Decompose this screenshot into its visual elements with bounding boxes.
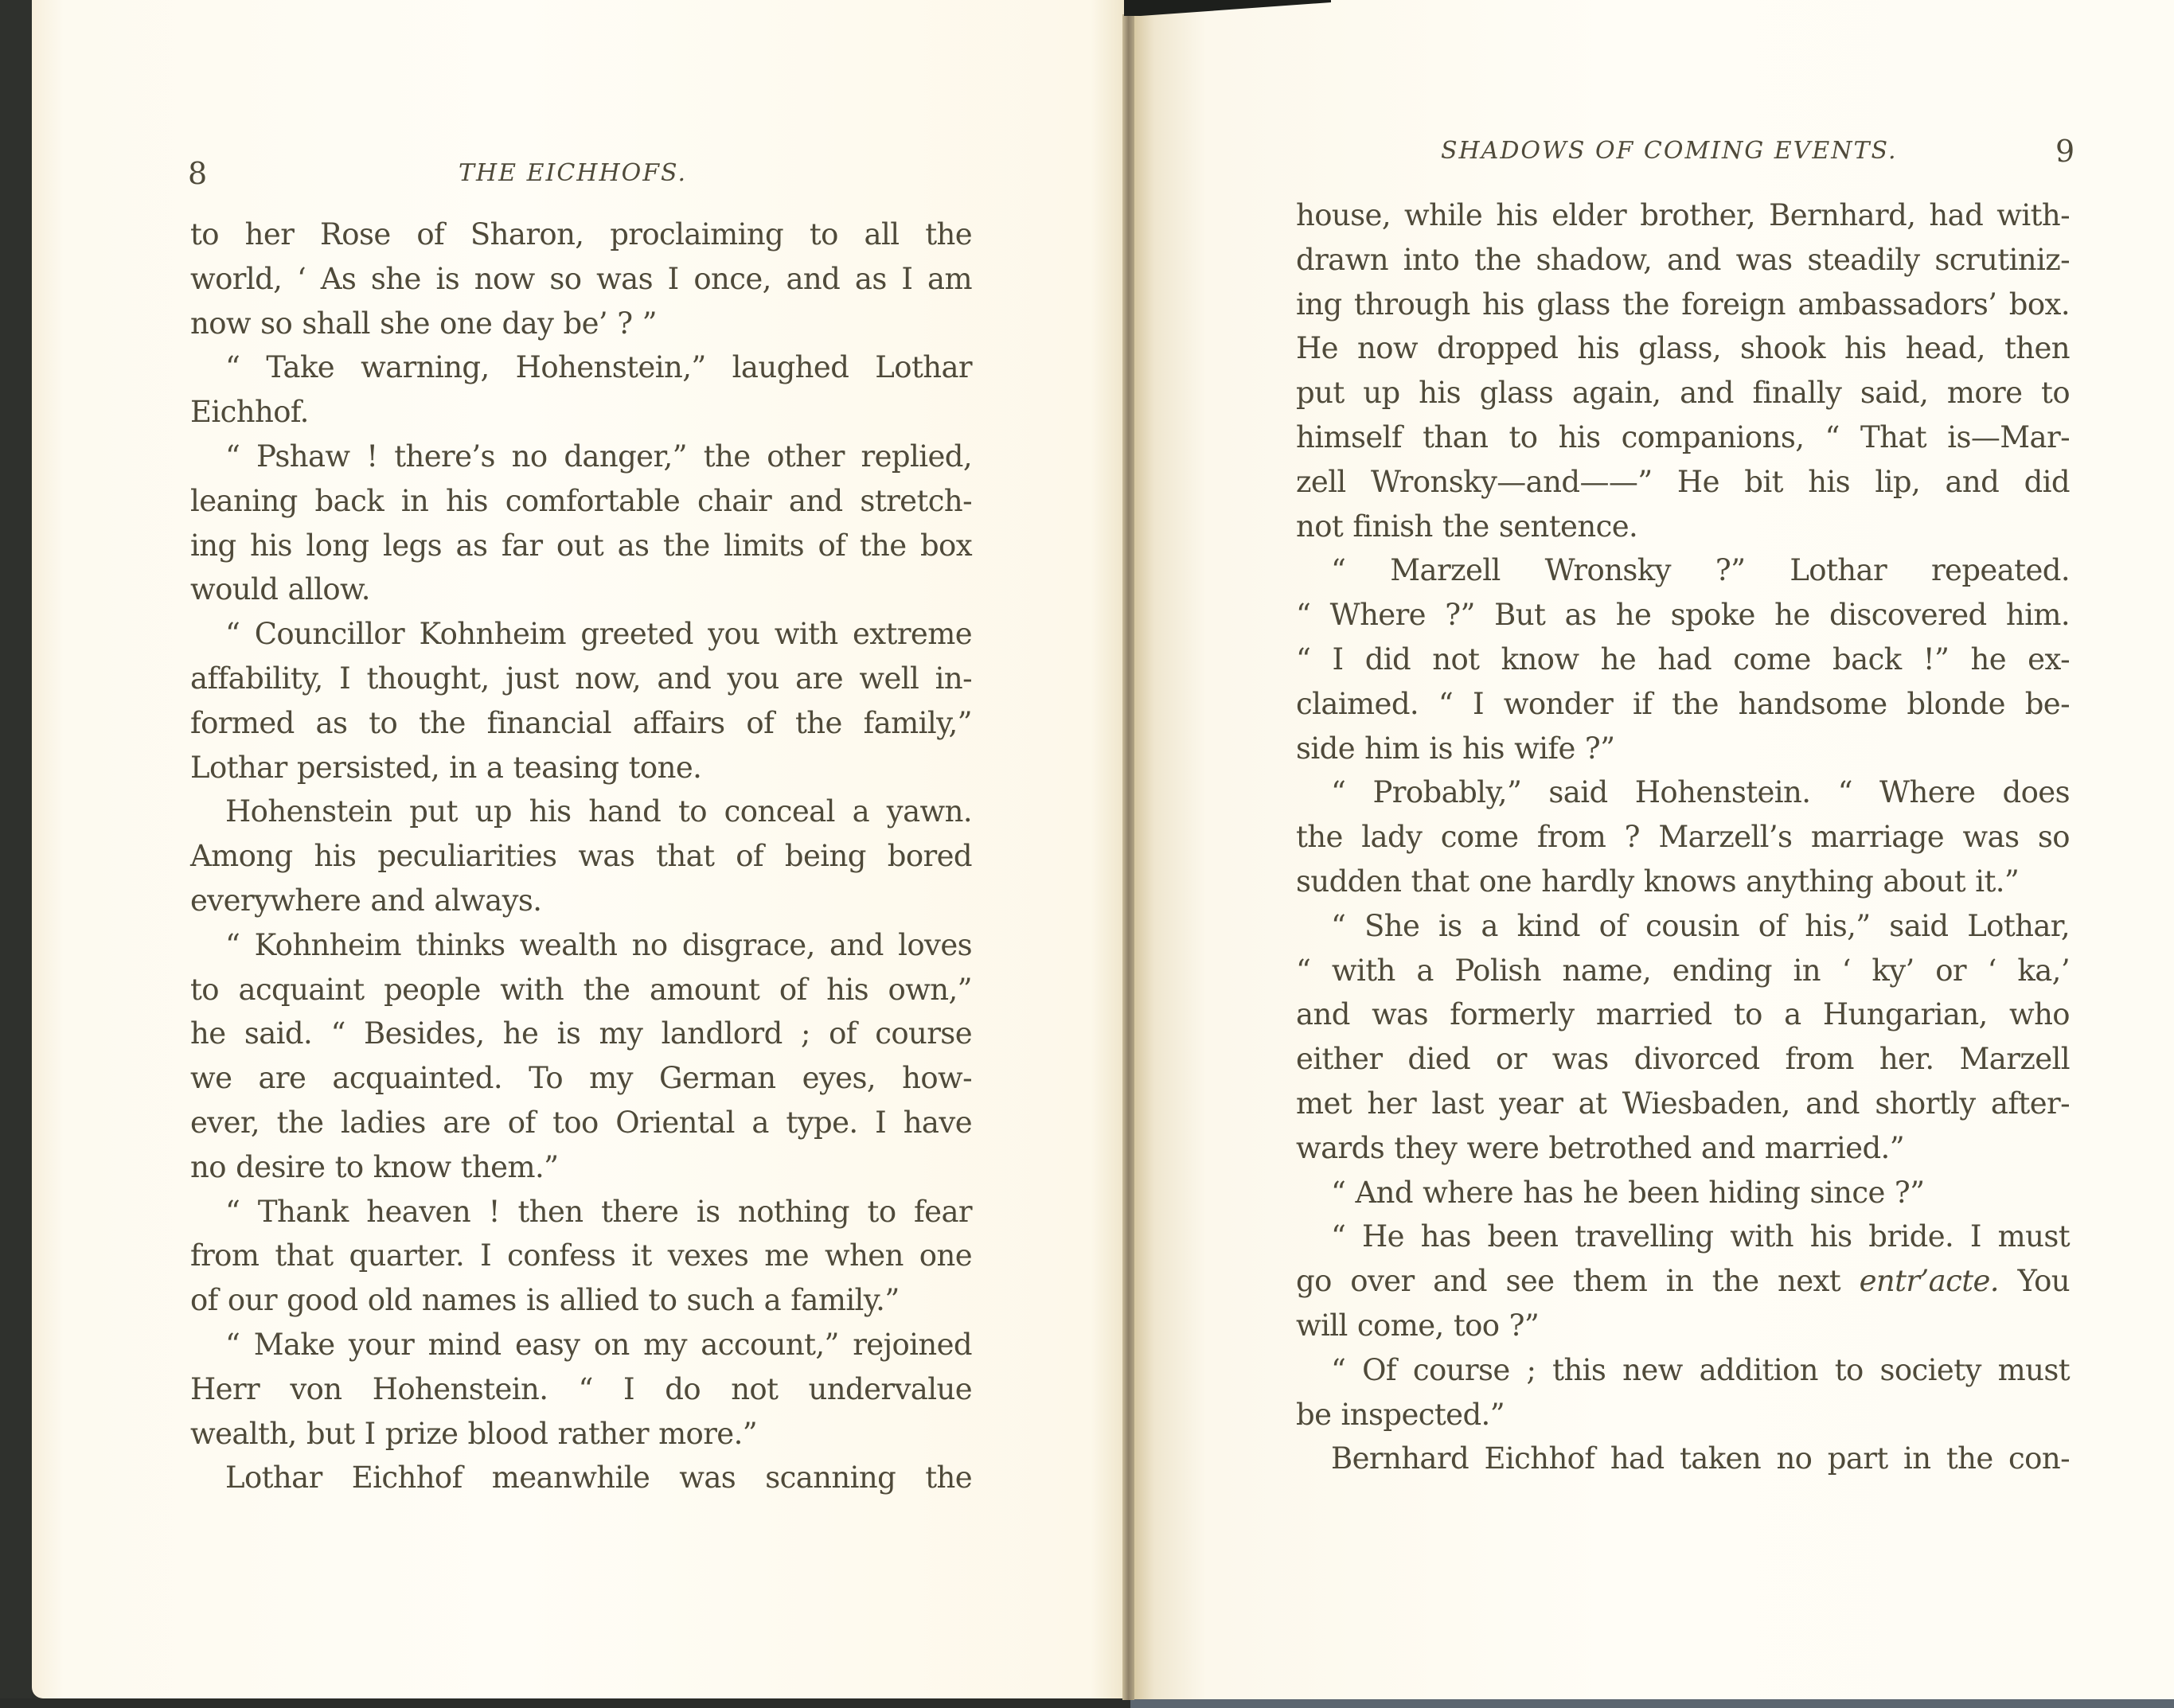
text-line-content: Bernhard Eichhof had taken no part in th… [1331,1441,2070,1476]
left-page-body: to her Rose of Sharon, proclaiming to al… [190,213,972,1500]
text-line: no desire to know them.” [190,1145,972,1190]
text-line: “ Marzell Wronsky ?” Lothar repeated. [1296,548,2070,593]
text-line: Lothar persisted, in a teasing tone. [190,746,972,790]
text-line: “ I did not know he had come back !” he … [1296,638,2070,682]
text-line-content: he said. “ Besides, he is my landlord ; … [190,1016,972,1051]
text-line-content: wealth, but I prize blood rather more.” [190,1417,757,1451]
text-line-content: from that quarter. I confess it vexes me… [190,1238,972,1273]
text-line: “ Kohnheim thinks wealth no disgrace, an… [190,923,972,968]
text-line-content: wards they were betrothed and married.” [1296,1131,1904,1165]
text-line: “ Pshaw ! there’s no danger,” the other … [190,435,972,479]
text-line-content: “ Where ?” But as he spoke he discovered… [1296,598,2070,632]
text-line: world, ‘ As she is now so was I once, an… [190,257,972,302]
right-running-head: SHADOWS OF COMING EVENTS. [1441,137,1898,165]
text-line-content: Herr von Hohenstein. “ I do not underval… [190,1372,972,1406]
text-line: drawn into the shadow, and was steadily … [1296,238,2070,283]
text-line: house, while his elder brother, Bernhard… [1296,193,2070,238]
text-line-content: drawn into the shadow, and was steadily … [1296,243,2070,277]
text-line-content: house, while his elder brother, Bernhard… [1296,198,2070,232]
left-page-number: 8 [188,156,207,191]
right-page-number: 9 [2055,134,2074,169]
text-line-content: “ with a Polish name, ending in ‘ ky’ or… [1296,953,2070,988]
text-line-content: “ He has been travelling with his bride.… [1331,1219,2070,1254]
text-line: “ Probably,” said Hohenstein. “ Where do… [1296,770,2070,815]
text-line-content: leaning back in his comfortable chair an… [190,484,972,518]
text-line-content: either died or was divorced from her. Ma… [1296,1042,2070,1076]
text-line: “ Take warning, Hohenstein,” laughed Lot… [190,345,972,390]
text-line: sudden that one hardly knows anything ab… [1296,860,2070,904]
text-line: put up his glass again, and finally said… [1296,371,2070,415]
text-line-content: be inspected.” [1296,1398,1505,1432]
text-line: “ She is a kind of cousin of his,” said … [1296,904,2070,949]
text-line-content: Hohenstein put up his hand to conceal a … [225,794,972,829]
text-line-content: himself than to his companions, “ That i… [1296,420,2070,454]
text-line-content: not finish the sentence. [1296,509,1637,544]
text-line: and was formerly married to a Hungarian,… [1296,992,2070,1037]
text-line: wards they were betrothed and married.” [1296,1126,2070,1171]
text-line: “ And where has he been hiding since ?” [1296,1171,2070,1215]
text-line: ever, the ladies are of too Oriental a t… [190,1101,972,1145]
text-line-content: “ Thank heaven ! then there is nothing t… [225,1195,972,1229]
text-line-tail: You [1999,1264,2070,1298]
book-cover-left-edge [0,0,32,1708]
text-line-content: “ Pshaw ! there’s no danger,” the other … [225,439,972,474]
text-line: Eichhof. [190,390,972,435]
text-line: “ Of course ; this new addition to socie… [1296,1348,2070,1393]
right-page-body: house, while his elder brother, Bernhard… [1296,193,2070,1481]
text-line-content: go over and see them in the next [1296,1264,1860,1298]
text-line-content: “ Make your mind easy on my account,” re… [225,1328,972,1362]
text-line-content: “ Kohnheim thinks wealth no disgrace, an… [225,928,972,962]
text-line-content: “ I did not know he had come back !” he … [1296,642,2070,677]
text-line: affability, I thought, just now, and you… [190,657,972,701]
text-line-content: put up his glass again, and finally said… [1296,376,2070,410]
text-line: of our good old names is allied to such … [190,1278,972,1323]
book-cover-bottom-edge [0,1698,1130,1708]
text-line-content: met her last year at Wiesbaden, and shor… [1296,1086,2070,1121]
text-line-content: will come, too ?” [1296,1308,1539,1343]
text-line-content: formed as to the financial affairs of th… [190,706,972,740]
text-line: “ Where ?” But as he spoke he discovered… [1296,593,2070,638]
text-line: Bernhard Eichhof had taken no part in th… [1296,1437,2070,1481]
text-line-content: ever, the ladies are of too Oriental a t… [190,1106,972,1140]
text-line: would allow. [190,567,972,612]
text-line: to acquaint people with the amount of hi… [190,968,972,1012]
text-line: himself than to his companions, “ That i… [1296,415,2070,460]
text-line: ing through his glass the foreign ambass… [1296,283,2070,327]
text-line-content: affability, I thought, just now, and you… [190,661,972,696]
text-line-content: to acquaint people with the amount of hi… [190,973,972,1007]
text-line: formed as to the financial affairs of th… [190,701,972,746]
text-line-content: ing through his glass the foreign ambass… [1296,287,2070,322]
text-line-content: sudden that one hardly knows anything ab… [1296,864,2019,899]
text-line: He now dropped his glass, shook his head… [1296,326,2070,371]
text-line: claimed. “ I wonder if the handsome blon… [1296,682,2070,727]
text-line-content: ing his long legs as far out as the limi… [190,528,972,563]
text-line: from that quarter. I confess it vexes me… [190,1234,972,1278]
text-line-content: claimed. “ I wonder if the handsome blon… [1296,687,2070,721]
text-line-content: He now dropped his glass, shook his head… [1296,331,2070,365]
italic-word: entr’acte. [1860,1264,1999,1298]
book-gutter [1122,14,1134,1700]
text-line-content: “ Councillor Kohnheim greeted you with e… [225,617,972,651]
text-line: Lothar Eichhof meanwhile was scanning th… [190,1456,972,1500]
text-line-content: of our good old names is allied to such … [190,1283,900,1317]
scan-bed-bottom-edge [1130,1699,2174,1708]
text-line: Hohenstein put up his hand to conceal a … [190,790,972,834]
text-line-content: to her Rose of Sharon, proclaiming to al… [190,217,972,252]
text-line-content: “ She is a kind of cousin of his,” said … [1331,909,2070,943]
text-line-content: the lady come from ? Marzell’s marriage … [1296,820,2070,854]
text-line: the lady come from ? Marzell’s marriage … [1296,815,2070,860]
text-line-content: everywhere and always. [190,883,541,918]
text-line-content: we are acquainted. To my German eyes, ho… [190,1061,972,1095]
text-line-content: side him is his wife ?” [1296,731,1614,766]
text-line: everywhere and always. [190,879,972,923]
text-line-content: “ Probably,” said Hohenstein. “ Where do… [1331,775,2070,809]
text-line: side him is his wife ?” [1296,727,2070,771]
text-line-content: would allow. [190,572,370,606]
text-line: “ Thank heaven ! then there is nothing t… [190,1190,972,1234]
text-line-content: “ Of course ; this new addition to socie… [1331,1353,2070,1387]
text-line: he said. “ Besides, he is my landlord ; … [190,1012,972,1056]
text-line: now so shall she one day be’ ? ” [190,302,972,346]
text-line-content: zell Wronsky—and——” He bit his lip, and … [1296,465,2070,499]
text-line-content: now so shall she one day be’ ? ” [190,306,657,341]
text-line-content: “ And where has he been hiding since ?” [1331,1176,1924,1210]
text-line: Among his peculiarities was that of bein… [190,834,972,879]
text-line: met her last year at Wiesbaden, and shor… [1296,1082,2070,1126]
text-line: “ Make your mind easy on my account,” re… [190,1323,972,1367]
text-line-content: Among his peculiarities was that of bein… [190,839,972,873]
text-line: either died or was divorced from her. Ma… [1296,1037,2070,1082]
text-line: “ Councillor Kohnheim greeted you with e… [190,612,972,657]
text-line: wealth, but I prize blood rather more.” [190,1412,972,1456]
text-line: ing his long legs as far out as the limi… [190,524,972,568]
text-line-content: Lothar Eichhof meanwhile was scanning th… [225,1460,972,1495]
text-line: not finish the sentence. [1296,505,2070,549]
text-line: leaning back in his comfortable chair an… [190,479,972,524]
text-line: we are acquainted. To my German eyes, ho… [190,1056,972,1101]
text-line: to her Rose of Sharon, proclaiming to al… [190,213,972,257]
text-line: be inspected.” [1296,1393,2070,1437]
text-line: Herr von Hohenstein. “ I do not underval… [190,1367,972,1412]
left-running-head: THE EICHHOFS. [459,159,687,187]
text-line-content: and was formerly married to a Hungarian,… [1296,997,2070,1031]
text-line-content: world, ‘ As she is now so was I once, an… [190,262,972,296]
text-line-content: Lothar persisted, in a teasing tone. [190,751,701,785]
text-line: “ with a Polish name, ending in ‘ ky’ or… [1296,949,2070,993]
text-line-content: “ Take warning, Hohenstein,” laughed Lot… [225,350,972,384]
text-line: zell Wronsky—and——” He bit his lip, and … [1296,460,2070,505]
text-line: go over and see them in the next entr’ac… [1296,1259,2070,1304]
text-line-content: Eichhof. [190,395,309,429]
text-line: “ He has been travelling with his bride.… [1296,1215,2070,1259]
text-line-content: no desire to know them.” [190,1150,558,1184]
text-line-content: “ Marzell Wronsky ?” Lothar repeated. [1331,553,2070,587]
text-line: will come, too ?” [1296,1304,2070,1348]
